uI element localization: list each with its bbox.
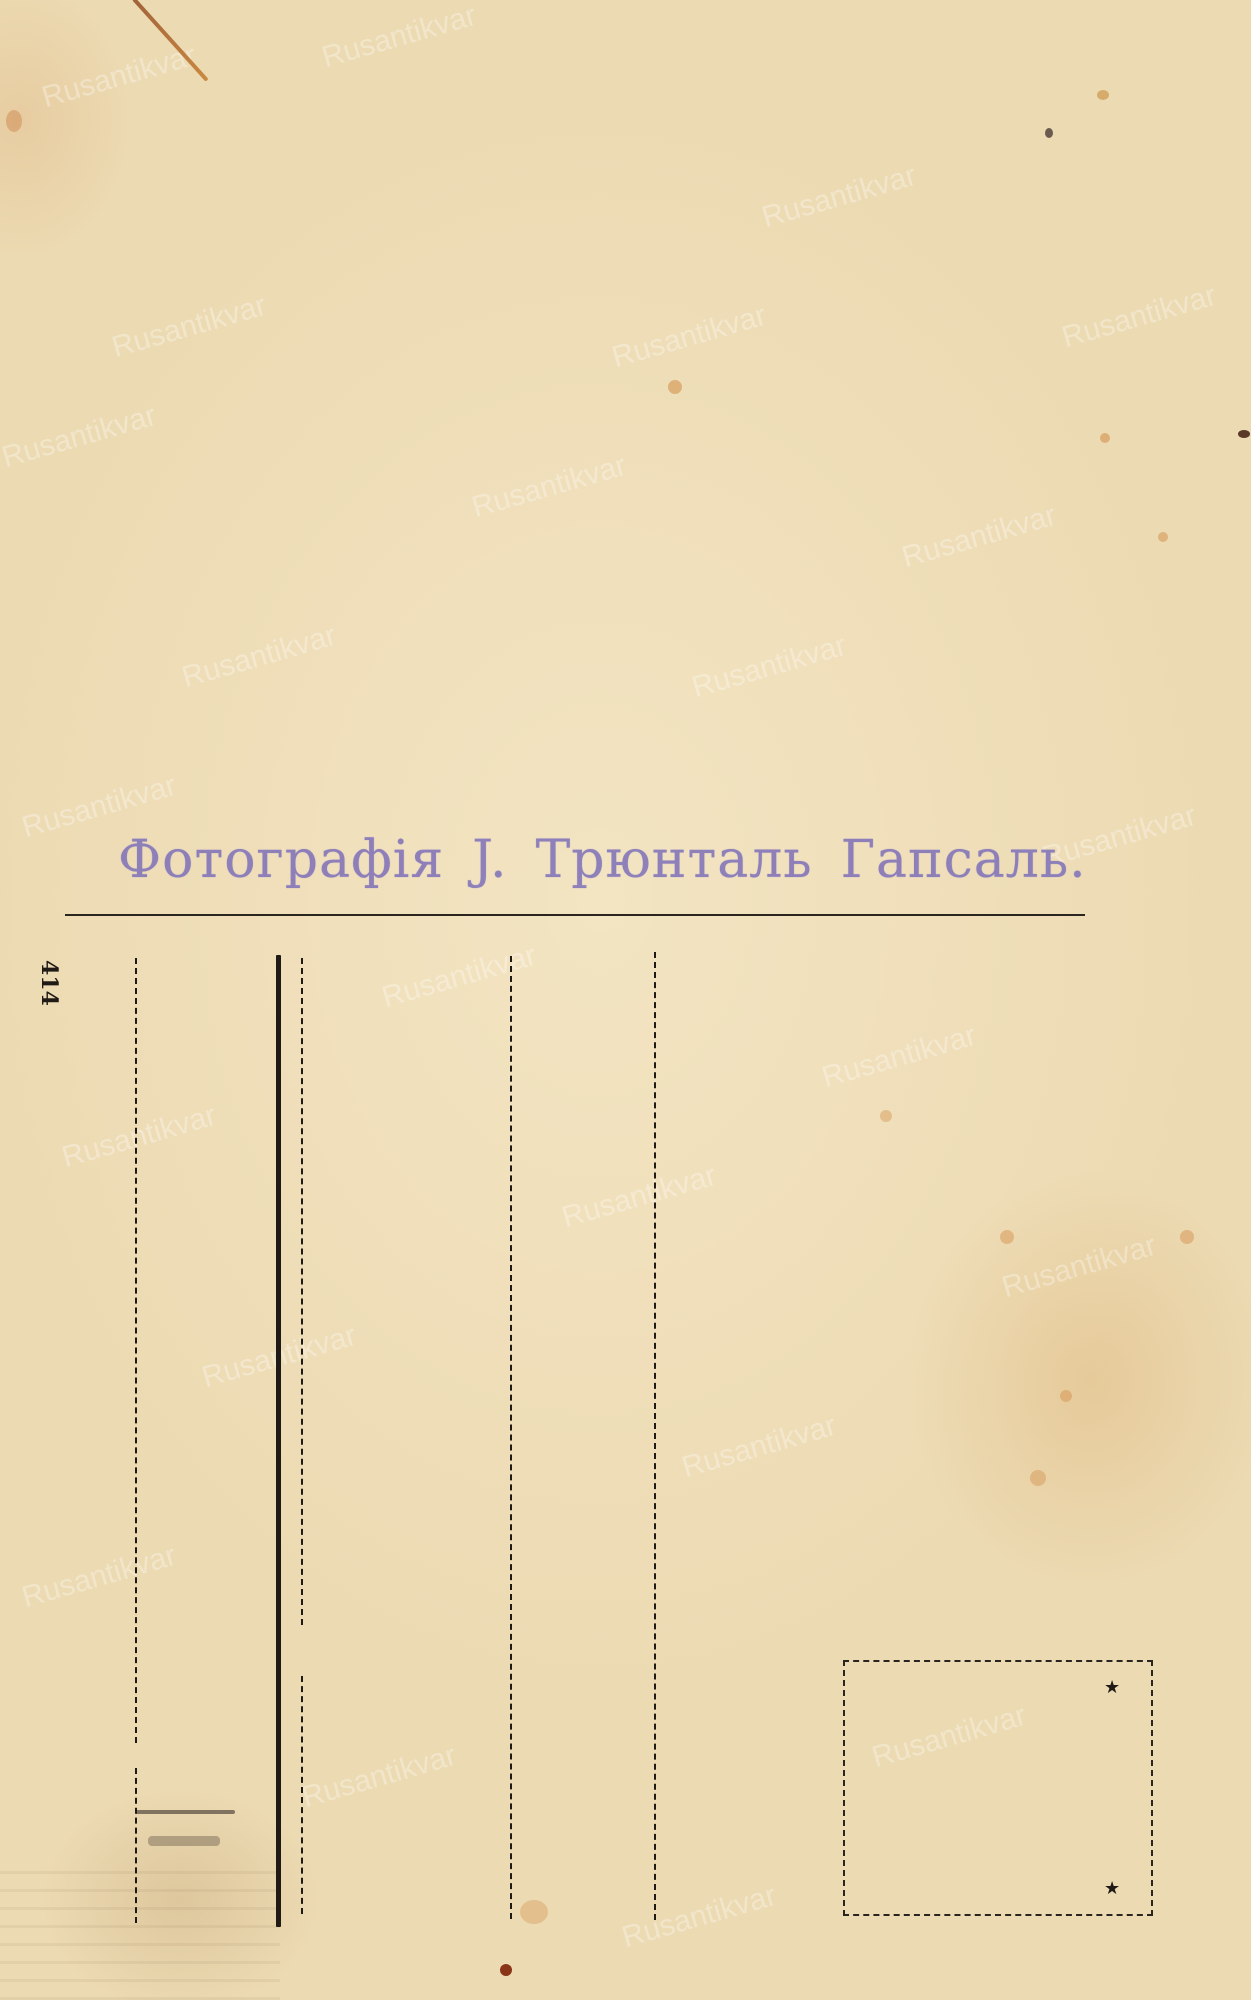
watermark: Rusantikvar <box>758 159 920 235</box>
watermark: Rusantikvar <box>318 0 480 75</box>
postcard-back: Rusantikvar Rusantikvar Rusantikvar Rusa… <box>0 0 1251 2000</box>
paper-fiber <box>132 0 209 82</box>
watermark: Rusantikvar <box>0 399 160 475</box>
watermark: Rusantikvar <box>678 1409 840 1485</box>
foxing-spot <box>6 110 22 132</box>
stamp-word-surname: Трюнталь <box>536 830 813 890</box>
dashed-guide-line-1 <box>135 958 137 1743</box>
address-line-2 <box>654 952 656 1920</box>
watermark: Rusantikvar <box>1058 279 1220 355</box>
foxing-spot <box>1158 532 1168 542</box>
publisher-stamp: ФотографіяJ.ТрюнтальГапсаль. <box>118 830 1115 890</box>
dashed-guide-line-2b <box>301 1676 303 1914</box>
center-divider-line <box>276 955 281 1927</box>
star-icon: ★ <box>1104 1880 1120 1898</box>
foxing-spot <box>1180 1230 1194 1244</box>
foxing-spot <box>500 1964 512 1976</box>
watermark: Rusantikvar <box>18 1539 180 1615</box>
foxing-spot <box>1060 1390 1072 1402</box>
watermark: Rusantikvar <box>178 619 340 695</box>
faded-postmark <box>0 1860 280 2000</box>
foxing-spot <box>1097 90 1109 100</box>
stamp-word-town: Гапсаль. <box>841 830 1087 890</box>
foxing-spot <box>880 1110 892 1122</box>
watermark: Rusantikvar <box>898 499 1060 575</box>
watermark: Rusantikvar <box>608 299 770 375</box>
stamp-placement-box: ★ ★ <box>843 1660 1153 1916</box>
header-rule <box>65 914 1085 916</box>
foxing-spot <box>1030 1470 1046 1486</box>
stamp-word-photography: Фотографія <box>118 830 444 890</box>
foxing-spot <box>668 380 682 394</box>
watermark: Rusantikvar <box>468 449 630 525</box>
watermark: Rusantikvar <box>38 39 200 115</box>
watermark: Rusantikvar <box>688 629 850 705</box>
watermark: Rusantikvar <box>58 1099 220 1175</box>
dashed-guide-line-1b <box>135 1768 137 1923</box>
watermark: Rusantikvar <box>378 939 540 1015</box>
watermark: Rusantikvar <box>558 1159 720 1235</box>
watermark: Rusantikvar <box>998 1229 1160 1305</box>
foxing-spot <box>520 1900 548 1924</box>
dashed-guide-line-2 <box>301 958 303 1625</box>
foxing-spot <box>1000 1230 1014 1244</box>
card-code-number: 414 <box>36 960 62 1006</box>
ink-smudge <box>148 1836 220 1846</box>
watermark: Rusantikvar <box>108 289 270 365</box>
ink-smudge <box>135 1810 235 1814</box>
address-line-1 <box>510 956 512 1919</box>
foxing-spot <box>1045 128 1053 138</box>
watermark: Rusantikvar <box>298 1739 460 1815</box>
watermark: Rusantikvar <box>818 1019 980 1095</box>
foxing-spot <box>1238 430 1250 438</box>
stamp-word-initial: J. <box>472 830 507 890</box>
watermark: Rusantikvar <box>618 1879 780 1955</box>
foxing-spot <box>1100 433 1110 443</box>
star-icon: ★ <box>1104 1679 1120 1697</box>
